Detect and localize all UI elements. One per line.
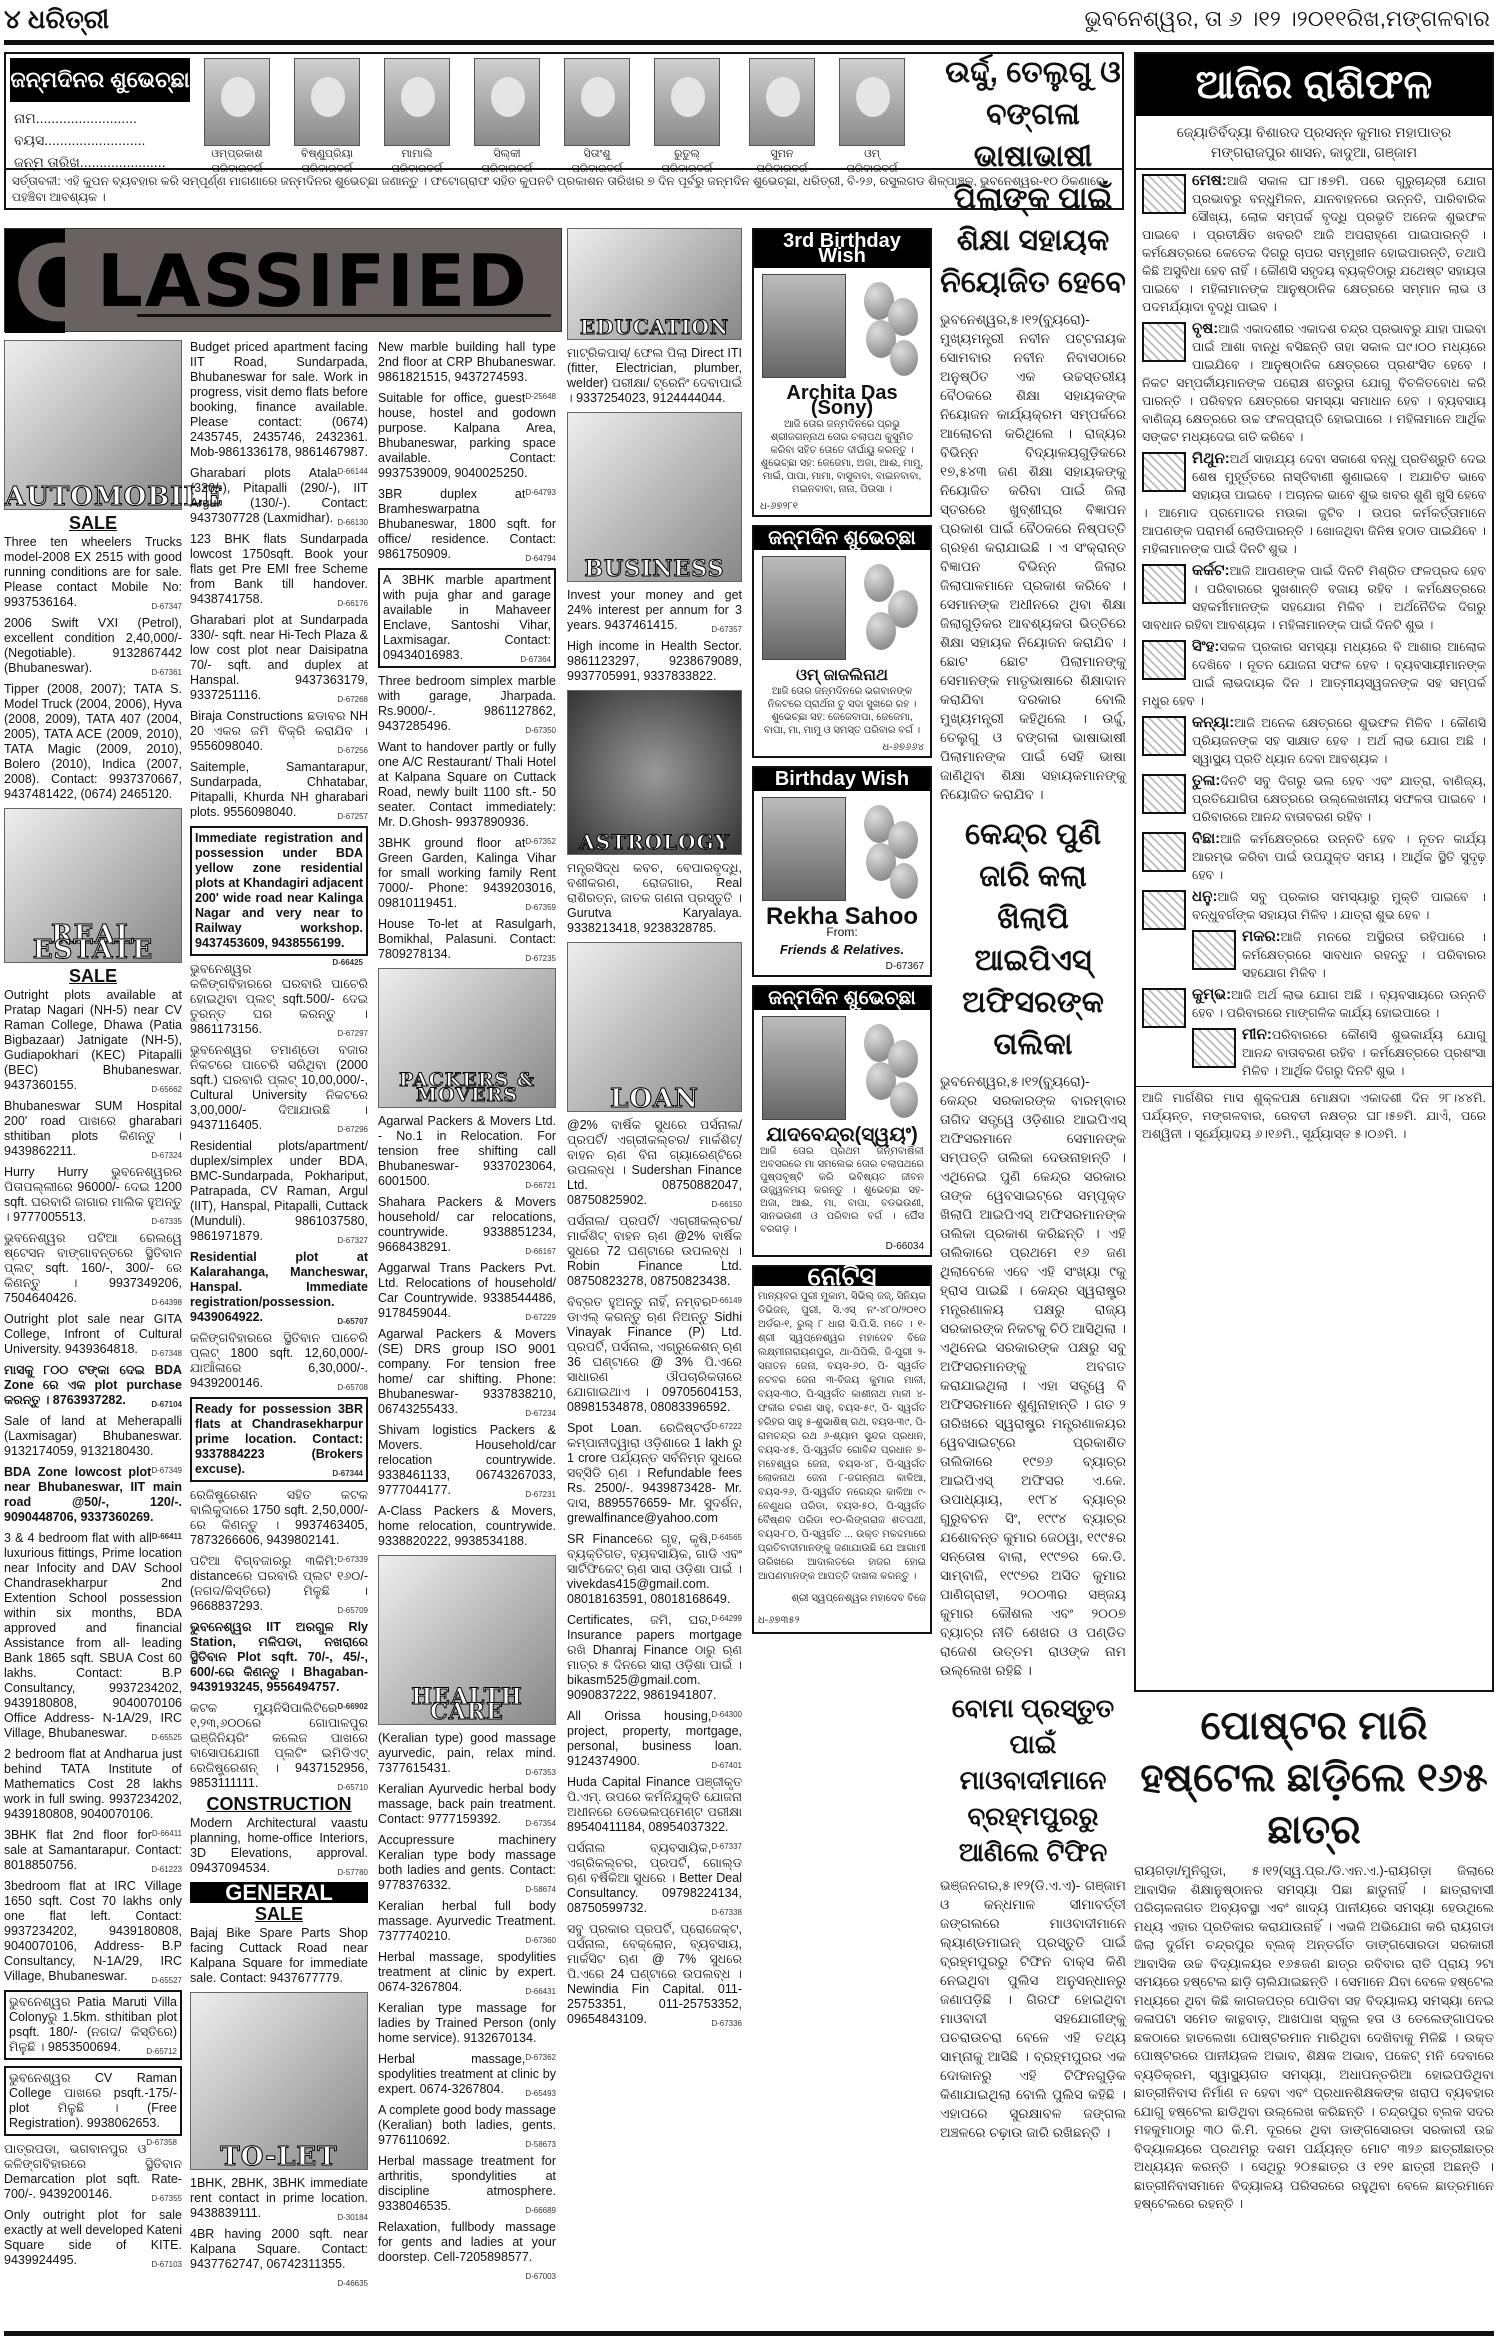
cancer-icon (1142, 564, 1186, 604)
classified-ad: 2 bedroom flat at Andharua just behind T… (4, 1747, 182, 1822)
aquarius-icon (1142, 988, 1186, 1028)
horoscope-sign: ସିଂହ:ସକଳ ପ୍ରକାର ସମସ୍ୟା ମଧ୍ୟରେ ବି ଆଶାର ଆଲ… (1136, 636, 1492, 712)
child-photo-card: ସିଲ୍‌କୀପରିବାରବର୍ଗ (466, 58, 548, 176)
classified-ad: Certificates, ଜମି, ଘର, Insurance papers … (567, 1613, 742, 1703)
wish-photo (762, 797, 846, 901)
sale-heading: SALE (190, 1907, 368, 1922)
classified-ad: Residential plot at Kalarahanga, Manches… (190, 1250, 368, 1325)
horoscope-sign: ବୃଷ:ଆଜି ଏକାଦଶୀର ଏକାଦଶ ଚନ୍ଦ୍ର ପ୍ରଭାବରୁ ଯା… (1136, 318, 1492, 448)
classified-ad: ଭୁବନେଶ୍ୱର ପଟିଆ ରେଲୱେ ଷ୍ଟେସନ ବାଙ୍ଗାବନ୍ତରେ… (4, 1231, 182, 1306)
sale-heading: SALE (4, 969, 182, 984)
child-photo-card: ଓମ୍‌ପ୍ରକାଶପରିବାରବର୍ଗ (196, 58, 278, 176)
horoscope-sign: ତୁଳା:ଦିନଟି ସବୁ ଦିଗରୁ ଭଲ ହେବ ଏବଂ ଯାତ୍ରା, … (1136, 770, 1492, 828)
news-column: ଉର୍ଦ୍ଦୁ, ତେଲୁଗୁ ଓ ବଙ୍ଗଳା ଭାଷାଭାଷୀ ପିଲାଙ୍… (940, 52, 1126, 2142)
classified-ad: ଭୁବନେଶ୍ୱର କଳିଙ୍ଗବିହାରରେ ଘରବାରି ପାଚେରି ହୋ… (190, 962, 368, 1037)
classified-ad: Saitemple, Samantarapur, Sundarpada, Chh… (190, 760, 368, 820)
construction-heading: CONSTRUCTION (190, 1797, 368, 1812)
leo-icon (1142, 640, 1186, 680)
child-photo (654, 58, 720, 146)
balloon-icon (890, 863, 918, 899)
classified-ad: Herbal massage treatment for arthritis, … (378, 2154, 556, 2214)
classified-ad: Agarwal Packers & Movers (SE) DRS group … (378, 1327, 556, 1417)
classified-ad: କଳିଙ୍ଗବିହାରରେ ସ୍ଥିତିବାନ ପାଚେରି ପ୍ଲଟ୍ 180… (190, 1331, 368, 1391)
birthday-wish-card: 3rd Birthday Wish Archita Das (Sony) ଆଜି… (752, 228, 932, 517)
child-photo (749, 58, 815, 146)
classified-ad-boxed: Ready for possession 3BR flats at Chandr… (190, 1397, 368, 1482)
classified-ad: Only outright plot for sale exactly at w… (4, 2208, 182, 2268)
classified-ad: Bajaj Bike Spare Parts Shop facing Cutta… (190, 1926, 368, 1986)
classified-ad: ପର୍ସନାଲ/ ପ୍ରପର୍ଟି/ ଏଗ୍ରୀକଲ୍ଚର/ ମାର୍କଶିଟ୍… (567, 1214, 742, 1289)
classified-ad: Keralian Ayurvedic herbal body massage, … (378, 1782, 556, 1827)
classified-ad: ସବୁ ପ୍ରକାର ପ୍ରପର୍ଟି, ପ୍ରୋଜେକ୍ଟ, ପର୍ସନାଲ,… (567, 1922, 742, 2027)
to-let-image: TO-LET (190, 1992, 368, 2170)
classified-ad: Gharabari plot at Sundarpada 330/- sqft.… (190, 613, 368, 703)
article-body: ରାୟଗଡ଼ା/ମୁନିଗୁଡା, ୫।୧୨(ସ୍ୱ.ପ୍ର./ଡି.ଏନ.ଏ.… (1134, 1862, 1494, 2214)
classified-ad: 2006 Swift VXI (Petrol), excellent condi… (4, 616, 182, 676)
classified-ad: Shivam logistics Packers & Movers. House… (378, 1423, 556, 1498)
child-photo-card: ବିଷ୍ଣୁପ୍ରିୟାପରିବାରବର୍ଗ (286, 58, 368, 176)
wish-photo (762, 1016, 846, 1120)
horoscope-sign: କର୍କଟ:ଆଜି ଆପଣଙ୍କ ପାଇଁ ଦିନଟି ମିଶ୍ରିତ ଫଳପ୍… (1136, 560, 1492, 636)
business-image: BUSINESS (567, 412, 742, 582)
capricorn-icon (1192, 930, 1236, 970)
health-care-image: HEALTH CARE (378, 1555, 556, 1725)
child-photo (384, 58, 450, 146)
child-photo (294, 58, 360, 146)
classified-ad: Three ten wheelers Trucks model-2008 EX … (4, 535, 182, 610)
pisces-icon (1192, 1028, 1236, 1068)
child-photo (474, 58, 540, 146)
automobile-image: AUTOMOBILE (4, 340, 182, 510)
classified-ad-boxed: ଭୁବନେଶ୍ୱର CV Raman College ପାଖରେ psqft.-… (4, 2066, 182, 2136)
footer-rule (4, 2331, 1494, 2336)
classified-ad: Outright plots available at Pratap Nagar… (4, 988, 182, 1093)
child-photo (204, 58, 270, 146)
panjika: ଆଜି ମାର୍ଗଶିର ମାସ ଶୁକ୍ଳପକ୍ଷ ମୋକ୍ଷଦା ଏକାଦଶ… (1136, 1086, 1492, 1145)
classified-ad: 1BHK, 2BHK, 3BHK immediate rent contact … (190, 2176, 368, 2221)
classified-ad: ଭୁବନେଶ୍ୱର ତମାଣ୍ଡୋ ବଜାର ନିକଟରେ ପାଚେରି ସରି… (190, 1043, 368, 1133)
balloon-icon (864, 564, 894, 602)
classified-banner: C LASSIFIED (4, 228, 562, 332)
article-headline: ପୋଷ୍ଟର ମାରି ହଷ୍ଟେଲ ଛାଡ଼ିଲେ ୧୬୫ ଛାତ୍ର (1134, 1700, 1494, 1856)
classified-ad: High income in Health Sector. 9861123297… (567, 639, 742, 684)
classified-ad: ଭୁବନେଶ୍ୱର IIT ଅରଗୁଳ Rly Station, ମଳିପଡା,… (190, 1620, 368, 1695)
birthday-wish-card: Birthday Wish Rekha Sahoo From: Friends … (752, 766, 932, 977)
classified-ad: କଟକ ମ୍ୟୁନିସିପାଲିଟିରେ ୧,୨୩,୬୦୦ରେ ଗୋପାଳପୁର… (190, 1701, 368, 1791)
classified-ad: Aggarwal Trans Packers Pvt. Ltd. Relocat… (378, 1261, 556, 1321)
classified-ad: Huda Capital Finance ପଞ୍ଜୀକୃତ ପି.ଏମ୍. ଉପ… (567, 1775, 742, 1835)
horoscope-sign: ମକର:ଆଜି ମନରେ ଅସ୍ଥିରତା ରହିପାରେ । କର୍ମକ୍ଷେ… (1136, 926, 1492, 984)
classified-ad: Suitable for office, guest house, hostel… (378, 391, 556, 481)
horoscope-sign: ମିଥୁନ:ଅର୍ଥ ସାହାଯ୍ୟ ଦେବା ସକାଶେ ବନ୍ଧୁ ପ୍ରତ… (1136, 448, 1492, 560)
classified-ad-boxed: A 3BHK marble apartment with puja ghar a… (378, 568, 556, 668)
classified-ad: Bhubaneswar SUM Hospital 200' road ପାଖରେ… (4, 1099, 182, 1159)
horoscope-sign: ମେଷ:ଆଜି ସକାଳ ଘ୮।୫୭ମି. ପରେ ଗୁରୁଚାନ୍ଦ୍ରୀ ଯ… (1136, 170, 1492, 318)
classified-ad: House To-let at Rasulgarh, Bomikhal, Pal… (378, 917, 556, 962)
sale-heading: SALE (4, 516, 182, 531)
classified-ad: ବିବ୍ରତ ହୁଅନ୍ତୁ ନାହିଁ, ନମ୍ବର ଡାଏଲ୍ କରନ୍ତୁ… (567, 1295, 742, 1415)
classified-ad: Herbal massage, spodylities treatment at… (378, 1950, 556, 1995)
sagittarius-icon (1142, 890, 1186, 930)
hostel-article: ପୋଷ୍ଟର ମାରି ହଷ୍ଟେଲ ଛାଡ଼ିଲେ ୧୬୫ ଛାତ୍ର ରାୟ… (1134, 1700, 1494, 2214)
birthday-coupon-title: ଜନ୍ମଦିନର ଶୁଭେଚ୍ଛା (10, 58, 190, 102)
classified-ad: Keralian type massage for ladies by Trai… (378, 2001, 556, 2046)
balloon-icon (866, 612, 896, 650)
header-rule (4, 40, 1494, 45)
child-photo-card: ସୁମନପରିବାରବର୍ଗ (741, 58, 823, 176)
classified-ad: New marble building hall type 2nd floor … (378, 340, 556, 385)
classified-ad: ମାଟ୍ରିକପାସ୍/ ଫେଲ ପିଲା Direct ITI (fitter… (567, 346, 742, 406)
classified-column-4: EDUCATION ମାଟ୍ରିକପାସ୍/ ଫେଲ ପିଲା Direct I… (567, 228, 742, 2033)
classified-ad: ମନ୍ତ୍ରସିଦ୍ଧ କବଚ, ବେପାରବୃଦ୍ଧି, ବଶୀକରଣ, ରୋ… (567, 861, 742, 936)
article-body: ଭୁବନେଶ୍ୱର,୫।୧୨(ବ୍ୟୁରୋ)- କେନ୍ଦ୍ର ସରକାରଙ୍କ… (940, 1072, 1126, 1680)
classified-ad: Biraja Constructions ଛଡାବର NH 20 ଏକର ଜମି… (190, 709, 368, 754)
article-headline: କେନ୍ଦ୍ର ପୁଣି ଜାରି କଲା ଖିଲାପି ଆଇପିଏସ୍ ଅଫି… (940, 814, 1126, 1066)
classified-column-1: AUTOMOBILE SALE Three ten wheelers Truck… (4, 340, 182, 2274)
child-photo-card: ମାମାଲିପରିବାରବର୍ଗ (376, 58, 458, 176)
loan-image: LOAN (567, 942, 742, 1112)
classified-ad: Sale of land at Meherapalli (Laxmisagar)… (4, 1414, 182, 1459)
classified-ad: A complete good body massage (Keralian) … (378, 2103, 556, 2148)
birthday-wish-card: ଜନ୍ମଦିନ ଶୁଭେଚ୍ଛା ଯାଦବେନ୍ଦ୍ର(ସ୍ୱୟଂ) ଆଜି ତ… (752, 985, 932, 1257)
astrologer-address: ମଙ୍ଗରାଜପୁର ଶାସନ, କାଦୁଆ, ଗଞ୍ଜାମ (1136, 142, 1492, 162)
classified-ad: Keralian herbal full body massage. Ayurv… (378, 1899, 556, 1944)
child-photo (564, 58, 630, 146)
libra-icon (1142, 774, 1186, 814)
general-heading: GENERAL (190, 1882, 368, 1903)
taurus-icon (1142, 322, 1186, 362)
horoscope-sign: ଧନୁ:ଆଜି ସବୁ ପ୍ରକାର ସମସ୍ୟାରୁ ମୁକ୍ତି ପାଇବେ… (1136, 886, 1492, 926)
horoscope-sign: ବିଛା:ଆଜି କର୍ମକ୍ଷେତ୍ରରେ ଉନ୍ନତି ହେବ । ନୂତନ… (1136, 828, 1492, 886)
classified-ad: Agarwal Packers & Movers Ltd. - No.1 in … (378, 1114, 556, 1189)
child-photo-card: ଓମ୍ପରିବାରବର୍ଗ (831, 58, 913, 176)
horoscope-sign: କୁମ୍ଭ:ଆଜି ଅର୍ଥ ଲାଭ ଯୋଗ ଅଛି । ବ୍ୟବସାୟରେ ଉ… (1136, 984, 1492, 1024)
balloon-icon (890, 340, 918, 376)
article-headline: ଉର୍ଦ୍ଦୁ, ତେଲୁଗୁ ଓ ବଙ୍ଗଳା ଭାଷାଭାଷୀ ପିଲାଙ୍… (940, 52, 1126, 304)
wish-photo (762, 556, 846, 660)
gemini-icon (1142, 452, 1186, 492)
child-photo (839, 58, 905, 146)
article-headline: ବୋମା ପ୍ରସ୍ତୁତ ପାଇଁ ମାଓବାଦୀମାନେ ବ୍ରହ୍ମପୁର… (940, 1690, 1126, 1870)
classified-ad: 3 & 4 bedroom flat with all luxurious fi… (4, 1531, 182, 1741)
classified-ad: 123 BHK flats Sundarpada lowcost 1750sqf… (190, 532, 368, 607)
classified-ad: Modern Architectural vaastu planning, ho… (190, 1816, 368, 1876)
virgo-icon (1142, 716, 1186, 756)
classified-ad: Invest your money and get 24% interest p… (567, 588, 742, 633)
classified-ad: Accupressure machinery Keralian type bod… (378, 1833, 556, 1893)
classified-initial: C (13, 223, 89, 345)
astrologer-name: ଜ୍ୟୋତିର୍ବିଦ୍ୟା ବିଶାରଦ ପ୍ରସନ୍ନ କୁମାର ମହାପ… (1136, 122, 1492, 142)
article-body: ଭୁବନେଶ୍ୱର,୫।୧୨(ବ୍ୟୁରୋ)- ମୁଖ୍ୟମନ୍ତ୍ରୀ ନବୀ… (940, 310, 1126, 804)
classified-ad: ମାସକୁ ୮୦୦ ଟଙ୍କା ଦେଇ BDA Zone ରେ ଏକ plot … (4, 1363, 182, 1408)
classified-ad: ରେଜିଷ୍ଟ୍ରେଶନ ସହିତ କଟକ ବାଲିକୁଦାରେ 1750 sq… (190, 1488, 368, 1548)
education-image: EDUCATION (567, 228, 742, 340)
classified-ad: @2% ବାର୍ଷିକ ସୁଧରେ ପର୍ସନାଲ/ ପ୍ରପର୍ଟି/ ଏଗ୍… (567, 1118, 742, 1208)
name-field[interactable]: ନାମ.......................... (14, 110, 137, 127)
classified-column-3: New marble building hall type 2nd floor … (378, 340, 556, 2284)
balloon-icon (890, 1082, 918, 1118)
child-photo-card: ସିତାଂଶୁପରିବାରବର୍ଗ (556, 58, 638, 176)
age-field[interactable]: ବୟସ.......................... (14, 132, 145, 149)
real-estate-image: REAL ESTATE (4, 808, 182, 963)
scorpio-icon (1142, 832, 1186, 872)
packers-movers-image: PACKERS & MOVERS (378, 968, 556, 1108)
wish-photo (762, 274, 846, 378)
aries-icon (1142, 174, 1186, 214)
classified-ad: 3bedroom flat at IRC Village 1650 sqft. … (4, 1879, 182, 1984)
article-body: ଭଞ୍ଜନଗର,୫।୧୨(ଡି.ଏ.ଏ)- ଗଞ୍ଜାମ ଓ କନ୍ଧମାଳ ସ… (940, 1876, 1126, 2142)
classified-ad: Shahara Packers & Movers household/ car … (378, 1195, 556, 1255)
classified-ad: Budget priced apartment facing IIT Road,… (190, 340, 368, 460)
astrology-image: ASTROLOGY (567, 690, 742, 855)
page-label: ୪ ଧରିତ୍ରୀ (4, 4, 109, 36)
legal-notice: ନୋଟିସ୍ ମାନ୍ୟବର ପୁରୀ ମୁକାମ, ସିଭିଲ୍ ଜଜ୍, ସ… (752, 1265, 932, 1634)
classified-ad: (Keralian type) good massage ayurvedic, … (378, 1731, 556, 1776)
classified-title: LASSIFIED (97, 239, 529, 323)
child-photo-card: ରୁତୁଲ୍ପରିବାରବର୍ଗ (646, 58, 728, 176)
classified-ad: Want to handover partly or fully one A/C… (378, 740, 556, 830)
classified-ad: Residential plots/apartment/ duplex/simp… (190, 1139, 368, 1244)
horoscope-title: ଆଜିର ରାଶିଫଳ (1136, 54, 1492, 116)
horoscope-sign: ମୀନ:ପରିବାରରେ କୌଣସି ଶୁଭକାର୍ଯ୍ୟ ଯୋଗୁ ଆନନ୍ଦ… (1136, 1024, 1492, 1082)
horoscope-sign: କନ୍ୟା:ଆଜି ଅନେକ କ୍ଷେତ୍ରରେ ଶୁଭଫଳ ମିଳିବ । କ… (1136, 712, 1492, 770)
horoscope-box: ଆଜିର ରାଶିଫଳ ଜ୍ୟୋତିର୍ବିଦ୍ୟା ବିଶାରଦ ପ୍ରସନ୍… (1134, 52, 1494, 1692)
classified-ad: Hurry Hurry ଭୁବନେଶ୍ୱରର ପିତାପଲ୍ଲୀରେ 96000… (4, 1165, 182, 1225)
classified-ad: ପାତ୍ରପଡା, ଭଗବାନପୁର ଓ କଳିଙ୍ଗବିହାରରେ ସ୍ଥିତ… (4, 2142, 182, 2202)
wishes-column: 3rd Birthday Wish Archita Das (Sony) ଆଜି… (752, 228, 932, 1640)
classified-ad: Relaxation, fullbody massage for gents a… (378, 2220, 556, 2265)
classified-ad: Spot Loan. ରେଜିଷ୍ଟର୍ଡ କମ୍ପାନୀଦ୍ୱାରା ଓଡ଼ି… (567, 1421, 742, 1526)
classified-ad: Tipper (2008, 2007); TATA S. Model Truck… (4, 682, 182, 802)
dateline: ଭୁବନେଶ୍ୱର, ତା ୬ ।୧୨ ।୨୦୧୧ରିଖ,ମଙ୍ଗଳବାର (1085, 6, 1490, 32)
classified-ad: Outright plot sale near GITA College, In… (4, 1312, 182, 1357)
classified-ad: A-Class Packers & Movers, home relocatio… (378, 1504, 556, 1549)
birthday-wish-card: ଜନ୍ମଦିନ ଶୁଭେଚ୍ଛା ଓମ୍ ଜାଜଲିନାଥ ଆଜି ତୋର ଜନ… (752, 525, 932, 758)
classified-column-2: Budget priced apartment facing IIT Road,… (190, 340, 368, 2291)
classified-ad: Three bedroom simplex marble with garage… (378, 674, 556, 734)
classified-ad-boxed: Immediate registration and possession un… (190, 826, 368, 956)
classified-ad-boxed: ଭୁବନେଶ୍ୱର Patia Maruti Villa Colonyରୁ 1.… (4, 1990, 182, 2060)
classified-ad: 4BR having 2000 sqft. near Kalpana Squar… (190, 2227, 368, 2272)
